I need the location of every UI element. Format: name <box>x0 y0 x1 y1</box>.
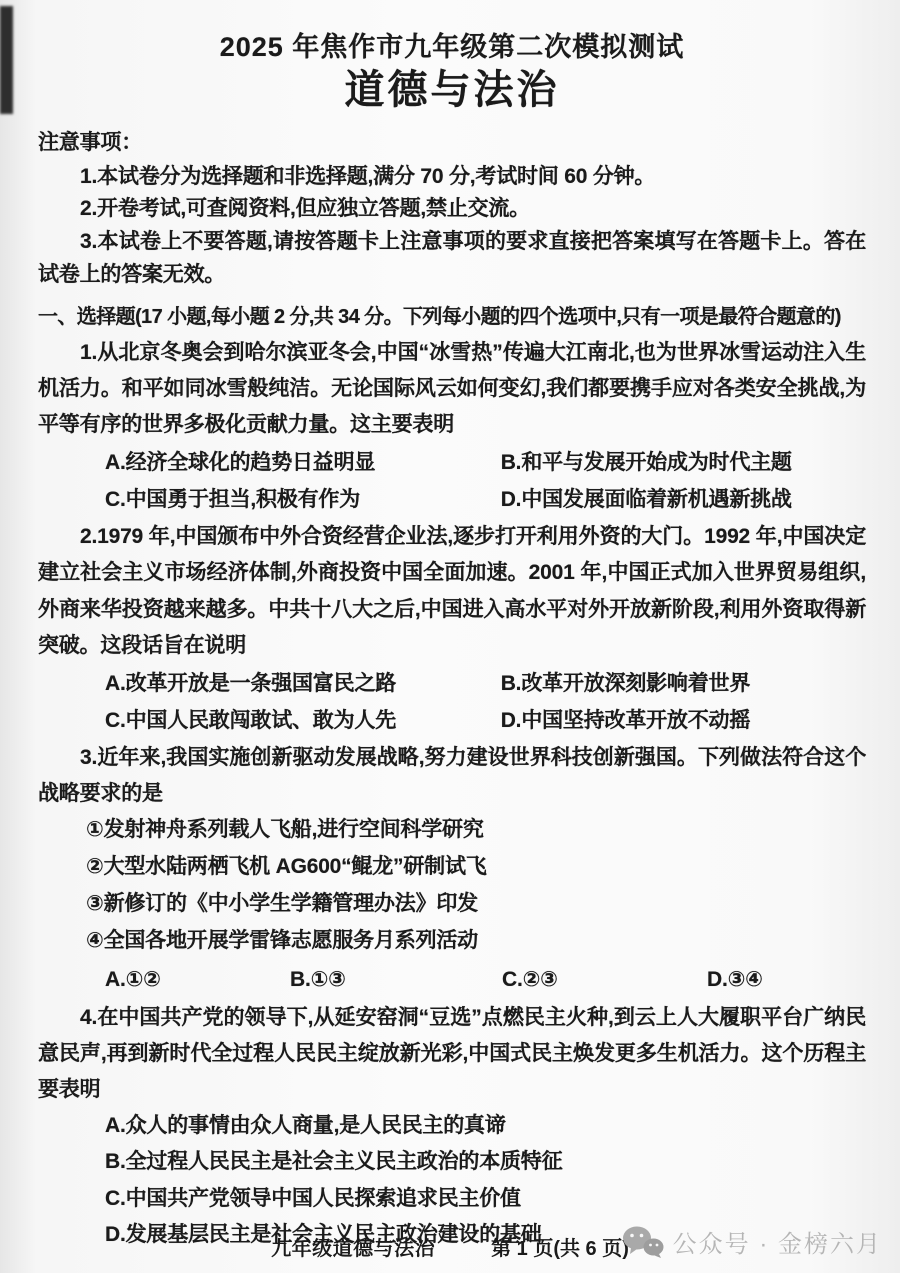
notice-section: 注意事项： 1.本试卷分为选择题和非选择题,满分 70 分,考试时间 60 分钟… <box>38 127 866 292</box>
option-a: A.改革开放是一条强国富民之路 <box>105 667 501 701</box>
option-b: B.①③ <box>290 962 502 998</box>
question-2: 2.1979 年,中国颁布中外合资经营企业法,逐步打开利用外资的大门。1992 … <box>38 519 866 737</box>
page-content: 2025 年焦作市九年级第二次模拟测试 道德与法治 注意事项： 1.本试卷分为选… <box>0 0 900 1254</box>
option-b: B.改革开放深刻影响着世界 <box>501 667 866 701</box>
scan-artifact <box>0 6 13 114</box>
notice-heading: 注意事项： <box>38 127 866 159</box>
statement-3: ③新修订的《中小学生学籍管理办法》印发 <box>38 886 866 923</box>
notice-item: 3.本试卷上不要答题,请按答题卡上注意事项的要求直接把答案填写在答题卡上。答在试… <box>38 226 866 292</box>
statement-1: ①发射神舟系列载人飞船,进行空间科学研究 <box>38 812 866 849</box>
exam-paper-page: 2025 年焦作市九年级第二次模拟测试 道德与法治 注意事项： 1.本试卷分为选… <box>0 0 900 1273</box>
notice-item: 2.开卷考试,可查阅资料,但应独立答题,禁止交流。 <box>38 193 866 226</box>
exam-title: 2025 年焦作市九年级第二次模拟测试 <box>38 30 866 65</box>
option-b: B.和平与发展开始成为时代主题 <box>501 446 866 480</box>
question-options: A.①② B.①③ C.②③ D.③④ <box>38 962 866 998</box>
question-stem: 3.近年来,我国实施创新驱动发展战略,努力建设世界科技创新强国。下列做法符合这个… <box>38 740 866 812</box>
question-4: 4.在中国共产党的领导下,从延安窑洞“豆选”点燃民主火种,到云上人大履职平台广纳… <box>38 1000 866 1254</box>
statement-2: ②大型水陆两栖飞机 AG600“鲲龙”研制试飞 <box>38 849 866 886</box>
question-options: A.经济全球化的趋势日益明显 B.和平与发展开始成为时代主题 C.中国勇于担当,… <box>38 446 866 517</box>
option-d: D.中国坚持改革开放不动摇 <box>501 704 866 738</box>
question-1: 1.从北京冬奥会到哈尔滨亚冬会,中国“冰雪热”传遍大江南北,也为世界冰雪运动注入… <box>38 335 866 517</box>
watermark-text: 公众号 · 金榜六月 <box>673 1224 882 1259</box>
option-a: A.经济全球化的趋势日益明显 <box>105 446 501 480</box>
subject-title: 道德与法治 <box>38 67 866 113</box>
watermark: 公众号 · 金榜六月 <box>621 1224 882 1259</box>
footer-page-indicator: 第 1 页(共 6 页) <box>491 1232 629 1261</box>
wechat-icon <box>621 1225 665 1259</box>
option-c: C.中国勇于担当,积极有作为 <box>105 483 501 517</box>
option-a: A.众人的事情由众人商量,是人民民主的真谛 <box>38 1108 866 1145</box>
question-3: 3.近年来,我国实施创新驱动发展战略,努力建设世界科技创新强国。下列做法符合这个… <box>38 740 866 998</box>
option-b: B.全过程人民民主是社会主义民主政治的本质特征 <box>38 1144 866 1181</box>
option-a: A.①② <box>105 962 290 998</box>
notice-item: 1.本试卷分为选择题和非选择题,满分 70 分,考试时间 60 分钟。 <box>38 161 866 194</box>
statement-4: ④全国各地开展学雷锋志愿服务月系列活动 <box>38 923 866 960</box>
section-heading: 一、选择题(17 小题,每小题 2 分,共 34 分。下列每小题的四个选项中,只… <box>38 301 866 333</box>
option-c: C.中国人民敢闯敢试、敢为人先 <box>105 704 501 738</box>
question-stem: 4.在中国共产党的领导下,从延安窑洞“豆选”点燃民主火种,到云上人大履职平台广纳… <box>38 1000 866 1108</box>
option-c: C.②③ <box>502 962 707 998</box>
option-d: D.中国发展面临着新机遇新挑战 <box>501 483 866 517</box>
footer-doc-label: 九年级道德与法治 <box>271 1232 435 1261</box>
option-c: C.中国共产党领导中国人民探索追求民主价值 <box>38 1181 866 1218</box>
option-d: D.③④ <box>707 962 866 998</box>
question-options: A.改革开放是一条强国富民之路 B.改革开放深刻影响着世界 C.中国人民敢闯敢试… <box>38 667 866 738</box>
question-stem: 1.从北京冬奥会到哈尔滨亚冬会,中国“冰雪热”传遍大江南北,也为世界冰雪运动注入… <box>38 335 866 443</box>
question-stem: 2.1979 年,中国颁布中外合资经营企业法,逐步打开利用外资的大门。1992 … <box>38 519 866 663</box>
